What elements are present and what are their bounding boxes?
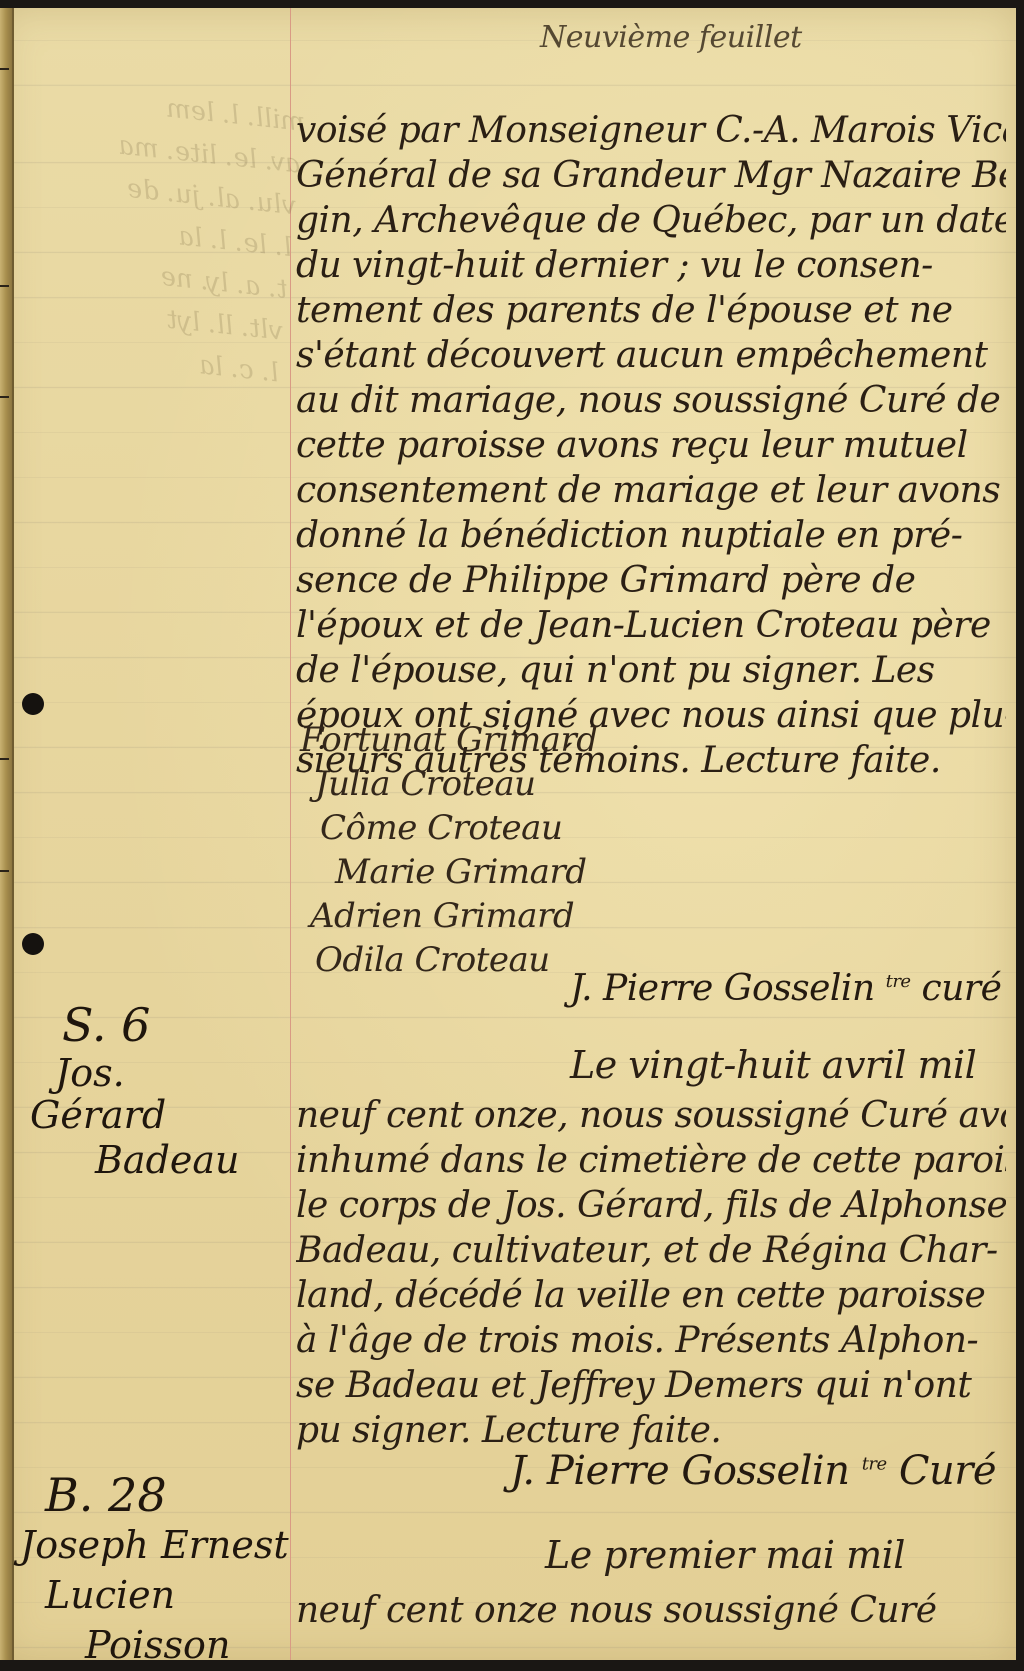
binding-tick: [0, 285, 9, 287]
text-line: à l'âge de trois mois. Présents Alphon-: [296, 1318, 1006, 1363]
binding-tick: [0, 68, 9, 70]
burial-entry-text: neuf cent onze, nous soussigné Curé avon…: [296, 1093, 1006, 1453]
text-line: de l'épouse, qui n'ont pu signer. Les: [296, 648, 1006, 693]
signature: Adrien Grimard: [300, 894, 597, 938]
signature: Julia Croteau: [300, 762, 597, 806]
margin-entry-name: Jos.: [55, 1051, 125, 1095]
margin-entry-code: B. 28: [45, 1468, 167, 1522]
text-line: consentement de mariage et leur avons: [296, 468, 1006, 513]
officiant-title: curé: [922, 968, 1002, 1009]
text-line: du vingt-huit dernier ; vu le consen-: [296, 243, 1006, 288]
signature: Côme Croteau: [300, 806, 597, 850]
baptism-entry-text: neuf cent onze nous soussigné Curé: [296, 1588, 1006, 1633]
officiant-title-sup: tre: [886, 971, 911, 992]
text-line: voisé par Monseigneur C.-A. Marois Vicai…: [296, 108, 1006, 153]
binding-tick: [0, 758, 9, 760]
text-line: Badeau, cultivateur, et de Régina Char-: [296, 1228, 1006, 1273]
binder-hole: [22, 933, 44, 955]
margin-entry-name: Joseph Ernest: [20, 1523, 289, 1567]
text-line: le corps de Jos. Gérard, fils de Alphons…: [296, 1183, 1006, 1228]
text-line: land, décédé la veille en cette paroisse: [296, 1273, 1006, 1318]
text-line: l'époux et de Jean-Lucien Croteau père: [296, 603, 1006, 648]
text-line: neuf cent onze nous soussigné Curé: [296, 1588, 1006, 1633]
text-line: donné la bénédiction nuptiale en pré-: [296, 513, 1006, 558]
text-line: se Badeau et Jeffrey Demers qui n'ont: [296, 1363, 1006, 1408]
margin-entry-name: Gérard: [30, 1093, 166, 1137]
binding-tick: [0, 396, 9, 398]
register-page: mill. l. lem av. le. lite. ma vlu. al. j…: [0, 8, 1016, 1660]
burial-entry-opening: Le vingt-huit avril mil: [570, 1043, 976, 1087]
text-line: Général de sa Grandeur Mgr Nazaire Bé-: [296, 153, 1006, 198]
officiant-signature: J. Pierre Gosselin tre Curé: [510, 1448, 996, 1494]
bleed-through-text: mill. l. lem av. le. lite. ma vlu. al. j…: [23, 76, 307, 440]
margin-entry-name: Lucien: [45, 1573, 175, 1617]
signature: Fortunat Grimard: [300, 718, 597, 762]
officiant-signature: J. Pierre Gosselin tre curé: [570, 968, 1001, 1009]
text-line: pu signer. Lecture faite.: [296, 1408, 1006, 1453]
signature: Odila Croteau: [300, 938, 597, 982]
text-line: tement des parents de l'épouse et ne: [296, 288, 1006, 333]
text-line: gin, Archevêque de Québec, par un date: [296, 198, 1006, 243]
text-line: cette paroisse avons reçu leur mutuel: [296, 423, 1006, 468]
binding-tick: [0, 870, 9, 872]
binder-hole: [22, 693, 44, 715]
page-header-note: Neuvième feuillet: [540, 20, 802, 55]
margin-entry-code: S. 6: [62, 998, 150, 1052]
margin-entry-name: Badeau: [95, 1138, 240, 1182]
witness-signatures: Fortunat Grimard Julia Croteau Côme Crot…: [300, 718, 597, 982]
text-line: sence de Philippe Grimard père de: [296, 558, 1006, 603]
text-line: au dit mariage, nous soussigné Curé de: [296, 378, 1006, 423]
text-line: neuf cent onze, nous soussigné Curé avon…: [296, 1093, 1006, 1138]
marriage-entry-text: voisé par Monseigneur C.-A. Marois Vicai…: [296, 108, 1006, 783]
officiant-title-sup: tre: [862, 1454, 887, 1475]
officiant-name: J. Pierre Gosselin: [570, 968, 875, 1009]
baptism-entry-opening: Le premier mai mil: [545, 1533, 905, 1577]
margin-entry-name: Poisson: [85, 1623, 230, 1667]
officiant-name: J. Pierre Gosselin: [510, 1448, 849, 1494]
text-line: s'étant découvert aucun empêchement: [296, 333, 1006, 378]
page-binding: [0, 8, 14, 1660]
signature: Marie Grimard: [300, 850, 597, 894]
text-line: inhumé dans le cimetière de cette parois…: [296, 1138, 1006, 1183]
officiant-title: Curé: [899, 1448, 996, 1494]
